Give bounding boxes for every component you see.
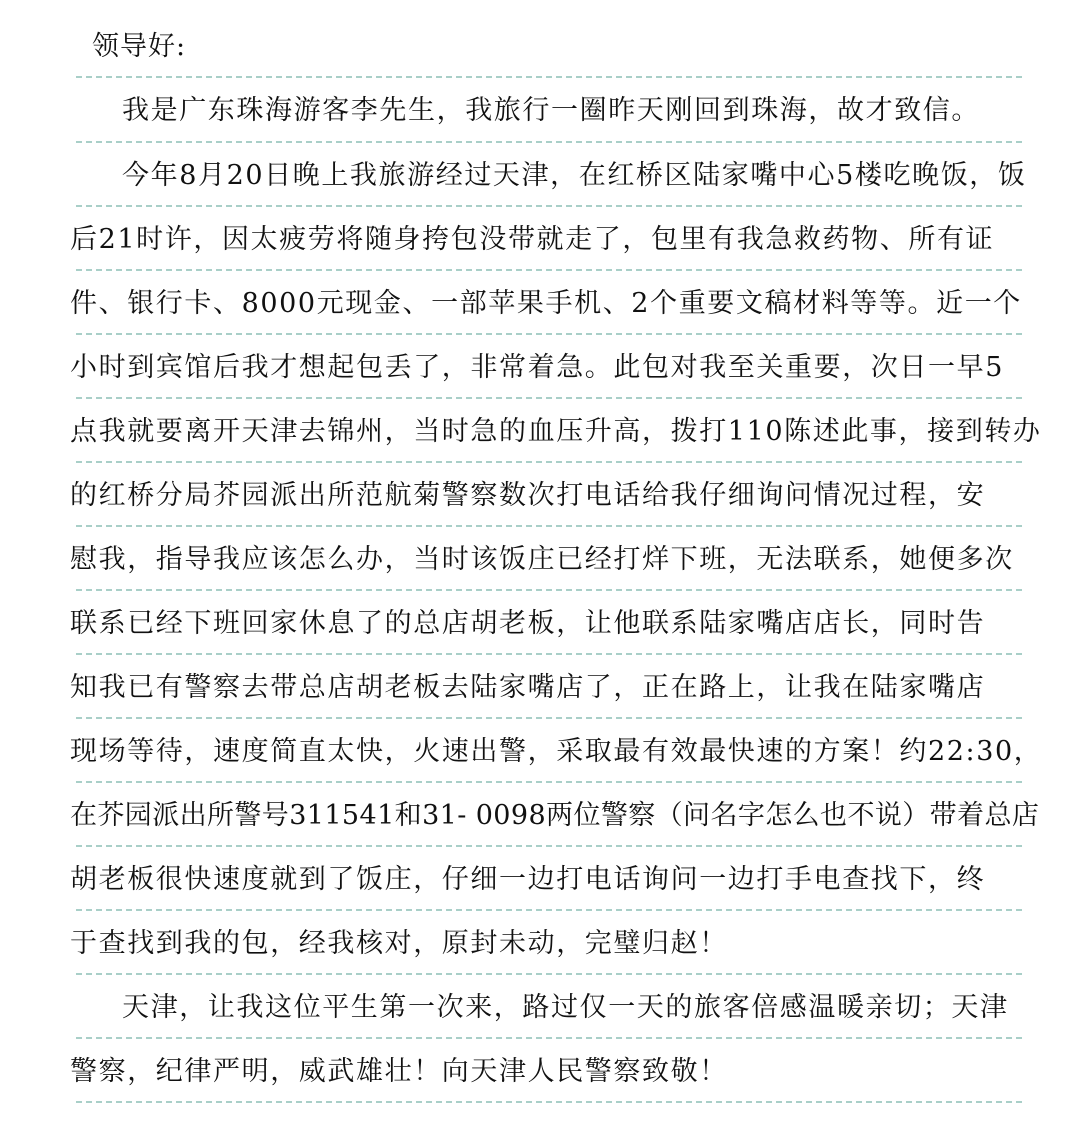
paragraph-2-line-9: 知我已有警察去带总店胡老板去陆家嘴店了，正在路上，让我在陆家嘴店 xyxy=(70,672,985,704)
letter-line: 的红桥分局芥园派出所范航菊警察数次打电话给我仔细询问情况过程，安 xyxy=(70,462,1022,526)
paragraph-2-line-13: 于查找到我的包，经我核对，原封未动，完璧归赵！ xyxy=(70,928,728,960)
letter-greeting: 领导好: xyxy=(92,31,186,63)
letter-greeting-row: 领导好: xyxy=(70,13,1022,77)
paragraph-2-line-7: 慰我，指导我应该怎么办，当时该饭庄已经打烊下班，无法联系，她便多次 xyxy=(70,544,1014,576)
paragraph-2-line-12: 胡老板很快速度就到了饭庄，仔细一边打电话询问一边打手电查找下，终 xyxy=(70,864,985,896)
letter-line: 小时到宾馆后我才想起包丢了，非常着急。此包对我至关重要，次日一早5 xyxy=(70,334,1022,398)
paragraph-2-line-4: 小时到宾馆后我才想起包丢了，非常着急。此包对我至关重要，次日一早5 xyxy=(70,352,1004,384)
letter-line: 现场等待，速度简直太快，火速出警，采取最有效最快速的方案！约22:30， xyxy=(70,718,1022,782)
paragraph-2-line-11: 在芥园派出所警号311541和31- 0098两位警察（问名字怎么也不说）带着总… xyxy=(70,800,1039,832)
letter-line: 慰我，指导我应该怎么办，当时该饭庄已经打烊下班，无法联系，她便多次 xyxy=(70,526,1022,590)
letter-line: 于查找到我的包，经我核对，原封未动，完璧归赵！ xyxy=(70,910,1022,974)
paragraph-2-line-10: 现场等待，速度简直太快，火速出警，采取最有效最快速的方案！约22:30， xyxy=(70,736,1042,768)
letter-line: 在芥园派出所警号311541和31- 0098两位警察（问名字怎么也不说）带着总… xyxy=(70,782,1022,846)
letter-line: 胡老板很快速度就到了饭庄，仔细一边打电话询问一边打手电查找下，终 xyxy=(70,846,1022,910)
paragraph-2-line-5: 点我就要离开天津去锦州，当时急的血压升高，拨打110陈述此事，接到转办 xyxy=(70,416,1042,448)
paragraph-3-line-2: 警察，纪律严明，威武雄壮！向天津人民警察致敬！ xyxy=(70,1056,728,1088)
paragraph-2-line-6: 的红桥分局芥园派出所范航菊警察数次打电话给我仔细询问情况过程，安 xyxy=(70,480,985,512)
letter-line: 我是广东珠海游客李先生，我旅行一圈昨天刚回到珠海，故才致信。 xyxy=(70,77,1022,141)
paragraph-2-line-2: 后21时许，因太疲劳将随身挎包没带就走了，包里有我急救药物、所有证 xyxy=(70,224,994,256)
paragraph-2-line-1: 今年8月20日晚上我旅游经过天津，在红桥区陆家嘴中心5楼吃晚饭，饭 xyxy=(122,160,1027,192)
letter-line: 知我已有警察去带总店胡老板去陆家嘴店了，正在路上，让我在陆家嘴店 xyxy=(70,654,1022,718)
paragraph-1-line-1: 我是广东珠海游客李先生，我旅行一圈昨天刚回到珠海，故才致信。 xyxy=(122,95,980,127)
letter-line: 今年8月20日晚上我旅游经过天津，在红桥区陆家嘴中心5楼吃晚饭，饭 xyxy=(70,142,1022,206)
letter-line: 件、银行卡、8000元现金、一部苹果手机、2个重要文稿材料等等。近一个 xyxy=(70,270,1022,334)
letter-line: 联系已经下班回家休息了的总店胡老板，让他联系陆家嘴店店长，同时告 xyxy=(70,590,1022,654)
letter-line: 点我就要离开天津去锦州，当时急的血压升高，拨打110陈述此事，接到转办 xyxy=(70,398,1022,462)
paragraph-2-line-3: 件、银行卡、8000元现金、一部苹果手机、2个重要文稿材料等等。近一个 xyxy=(70,288,1022,320)
paragraph-2-line-8: 联系已经下班回家休息了的总店胡老板，让他联系陆家嘴店店长，同时告 xyxy=(70,608,985,640)
letter-line: 天津，让我这位平生第一次来，路过仅一天的旅客倍感温暖亲切；天津 xyxy=(70,974,1022,1038)
paragraph-3-line-1: 天津，让我这位平生第一次来，路过仅一天的旅客倍感温暖亲切；天津 xyxy=(122,992,1009,1024)
letter-line: 后21时许，因太疲劳将随身挎包没带就走了，包里有我急救药物、所有证 xyxy=(70,206,1022,270)
letter-line: 警察，纪律严明，威武雄壮！向天津人民警察致敬！ xyxy=(70,1038,1022,1102)
letter-page: 领导好: 我是广东珠海游客李先生，我旅行一圈昨天刚回到珠海，故才致信。 今年8月… xyxy=(0,0,1080,1147)
ruled-line xyxy=(76,1101,1022,1103)
